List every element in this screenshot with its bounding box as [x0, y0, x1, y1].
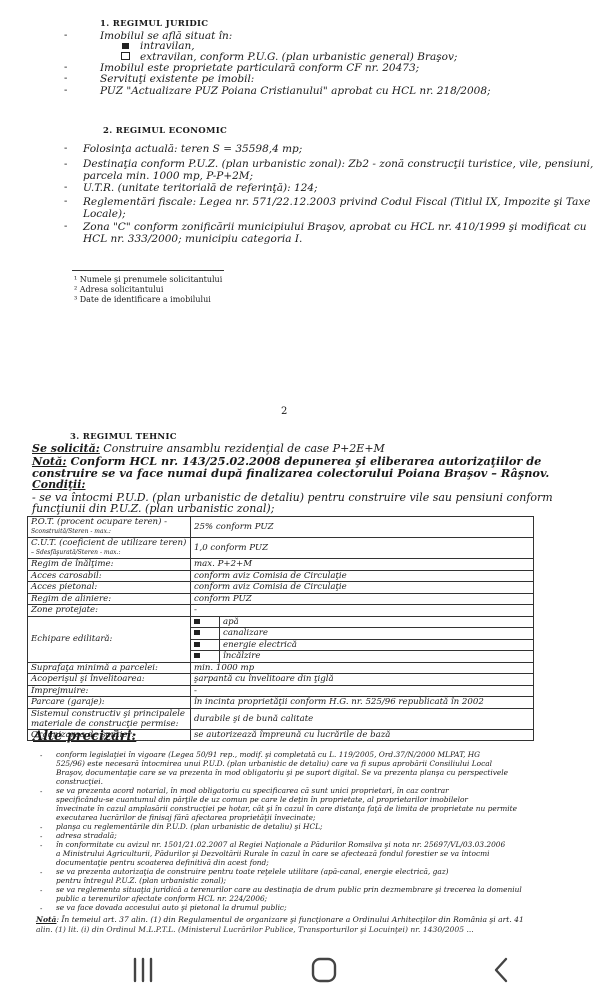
table-row: Zone protejate:-: [28, 605, 534, 617]
table-row: P.O.T. (procent ocupare teren) -Sconstru…: [28, 517, 534, 538]
alte-line: specificându-se cuantumul din părţile de…: [56, 795, 468, 804]
back-button[interactable]: [488, 954, 518, 986]
alte-line: se va reglementa situaţia juridică a ter…: [56, 885, 522, 894]
table-value: -: [191, 685, 534, 697]
bullet-dash: -: [64, 73, 67, 84]
alte-line: Braşov, documentaţie care se va prezenta…: [56, 768, 508, 777]
table-value: durabile şi de bună calitate: [191, 708, 534, 729]
table-row: Suprafaţa minimă a parcelei:min. 1000 mp: [28, 662, 534, 674]
table-row: Acces pietonal:conform aviz Comisia de C…: [28, 582, 534, 594]
bullet-dash: -: [64, 159, 67, 170]
table-row: Parcare (garaje):în incinta proprietăţii…: [28, 697, 534, 709]
checkbox-checked-icon: [122, 43, 129, 49]
bullet-dash: -: [64, 221, 67, 232]
echipare-item: apă: [220, 616, 534, 628]
table-row: Acoperişul şi învelitoarea:şarpantă cu î…: [28, 674, 534, 686]
table-row: Regim de înălţime:max. P+2+M: [28, 559, 534, 571]
checkbox-checked-icon: [191, 651, 220, 663]
home-button[interactable]: [305, 954, 345, 986]
alte-title: Alte precizări:: [33, 729, 136, 744]
alte-line: 525/96) este necesară întocmirea unui P.…: [56, 759, 492, 768]
alte-line: a Ministrului Agriculturii, Pădurilor şi…: [56, 849, 489, 858]
alte-line: adresa stradală;: [56, 831, 117, 840]
table-row: Împrejmuire:-: [28, 685, 534, 697]
bullet-dash: -: [64, 30, 67, 41]
table-value: şarpantă cu învelitoare din ţiglă: [191, 674, 534, 686]
technical-regime-table: P.O.T. (procent ocupare teren) -Sconstru…: [27, 516, 534, 741]
bullet-dash: -: [40, 824, 42, 832]
table-row-echipare: Echipare edilitară: apă: [28, 616, 534, 628]
section2-line: HCL nr. 333/2000; municipiu categoria I.: [83, 233, 302, 245]
alte-nota-text: : În temeiul art. 37 alin. (1) din Regul…: [56, 915, 523, 924]
alte-line: construcţiei.: [56, 777, 103, 786]
footnote: ¹ Numele şi prenumele solicitantului: [74, 275, 222, 285]
section2-title: 2. REGIMUL ECONOMIC: [103, 126, 227, 136]
table-value: 25% conform PUZ: [191, 517, 534, 538]
table-label: C.U.T. (coeficient de utilizare teren)– …: [28, 538, 191, 559]
section2-line: Folosinţa actuală: teren S = 35598,4 mp;: [83, 143, 302, 155]
section2-line: Zona "C" conform zonificării municipiulu…: [83, 221, 587, 233]
table-label: Acces pietonal:: [28, 582, 191, 594]
bullet-dash: -: [40, 752, 42, 760]
table-value: conform PUZ: [191, 593, 534, 605]
table-label: Regim de aliniere:: [28, 593, 191, 605]
alte-line: în conformitate cu avizul nr. 1501/21.02…: [56, 840, 505, 849]
checkbox-checked-icon: [191, 616, 220, 628]
table-value: conform aviz Comisia de Circulaţie: [191, 582, 534, 594]
checkbox-checked-icon: [191, 639, 220, 651]
table-label: Parcare (garaje):: [28, 697, 191, 709]
recent-apps-icon: [126, 956, 162, 986]
bullet-dash: -: [64, 182, 67, 193]
table-row: Regim de aliniere:conform PUZ: [28, 593, 534, 605]
footnote: ² Adresa solicitantului: [74, 285, 163, 295]
table-label: Acoperişul şi învelitoarea:: [28, 674, 191, 686]
table-label: Zone protejate:: [28, 605, 191, 617]
table-value: conform aviz Comisia de Circulaţie: [191, 570, 534, 582]
section2-line: U.T.R. (unitate teritorială de referinţă…: [83, 182, 318, 194]
home-icon: [305, 954, 345, 986]
footnote-divider: [72, 270, 224, 271]
alte-nota-line1: Notă: În temeiul art. 37 alin. (1) din R…: [36, 915, 524, 924]
back-icon: [488, 954, 518, 986]
bullet-dash: -: [40, 887, 42, 895]
table-label: Suprafaţa minimă a parcelei:: [28, 662, 191, 674]
checkbox-unchecked-icon: [121, 52, 130, 60]
bullet-dash: -: [40, 905, 42, 913]
alte-nota-line2: alin. (1) lit. (i) din Ordinul M.L.P.T.L…: [36, 925, 474, 934]
section2-line: Destinaţia conform P.U.Z. (plan urbanist…: [83, 158, 593, 170]
table-value: 1,0 conform PUZ: [191, 538, 534, 559]
alte-line: pentru întregul P.U.Z. (plan urbanistic …: [56, 876, 226, 885]
section1-title: 1. REGIMUL JURIDIC: [100, 19, 208, 29]
bullet-dash: -: [40, 788, 42, 796]
alte-line: învecinate în cazul amplasării construcţ…: [56, 804, 517, 813]
table-row: Sistemul constructiv şi principalelemate…: [28, 708, 534, 729]
alte-line: conform legislaţiei în vigoare (Legea 50…: [56, 750, 480, 759]
section2-line: Reglementări fiscale: Legea nr. 571/22.1…: [83, 196, 590, 208]
alte-line: executarea lucrărilor de finisaj fără af…: [56, 813, 315, 822]
bullet-dash: -: [64, 196, 67, 207]
table-value: în incinta proprietăţii conform H.G. nr.…: [191, 697, 534, 709]
alte-line: public a terenurilor afectate conform HC…: [56, 894, 267, 903]
table-value: -: [191, 605, 534, 617]
conditii-label: Condiţii:: [32, 479, 85, 491]
checkbox-checked-icon: [191, 628, 220, 640]
bullet-dash: -: [64, 143, 67, 154]
section1-item: Servituţi existente pe imobil:: [100, 73, 254, 85]
conditii-line2: funcţiunii din P.U.Z. (plan urbanistic z…: [32, 503, 274, 515]
table-value: se autorizează împreună cu lucrările de …: [191, 729, 534, 741]
section3-title: 3. REGIMUL TEHNIC: [70, 432, 177, 442]
section2-line: parcela min. 1000 mp, P-P+2M;: [83, 170, 253, 182]
table-value: max. P+2+M: [191, 559, 534, 571]
alte-line: planşa cu reglementările din P.U.D. (pla…: [56, 822, 323, 831]
bullet-dash: -: [40, 869, 42, 877]
footnote: ³ Date de identificare a imobilului: [74, 295, 211, 305]
table-row: Acces carosabil:conform aviz Comisia de …: [28, 570, 534, 582]
section2-line: Locale);: [83, 208, 126, 220]
table-label: Împrejmuire:: [28, 685, 191, 697]
table-label: P.O.T. (procent ocupare teren) -Sconstru…: [28, 517, 191, 538]
table-label: Echipare edilitară:: [28, 616, 191, 662]
alte-line: se va prezenta autorizaţia de construire…: [56, 867, 449, 876]
section1-item: PUZ "Actualizare PUZ Poiana Cristianului…: [100, 85, 491, 97]
bullet-dash: -: [64, 85, 67, 96]
alte-nota-label: Notă: [36, 915, 56, 924]
alte-line: se va prezenta acord notarial, în mod ob…: [56, 786, 449, 795]
bullet-dash: -: [64, 62, 67, 73]
bullet-dash: -: [40, 842, 42, 850]
table-label: Sistemul constructiv şi principalelemate…: [28, 708, 191, 729]
echipare-item: energie electrică: [220, 639, 534, 651]
nota-line2: construire se va face numai după finaliz…: [32, 467, 549, 479]
alte-line: documentaţie pentru scoaterea definitivă…: [56, 858, 269, 867]
table-value: min. 1000 mp: [191, 662, 534, 674]
alte-line: se va face dovada accesului auto şi piet…: [56, 903, 287, 912]
table-row: C.U.T. (coeficient de utilizare teren)– …: [28, 538, 534, 559]
table-label: Regim de înălţime:: [28, 559, 191, 571]
recent-apps-button[interactable]: [126, 956, 162, 986]
page-number: 2: [281, 406, 287, 417]
echipare-item: încălzire: [220, 651, 534, 663]
echipare-item: canalizare: [220, 628, 534, 640]
bullet-dash: -: [40, 833, 42, 841]
table-label: Acces carosabil:: [28, 570, 191, 582]
navigation-bar: [0, 940, 603, 999]
